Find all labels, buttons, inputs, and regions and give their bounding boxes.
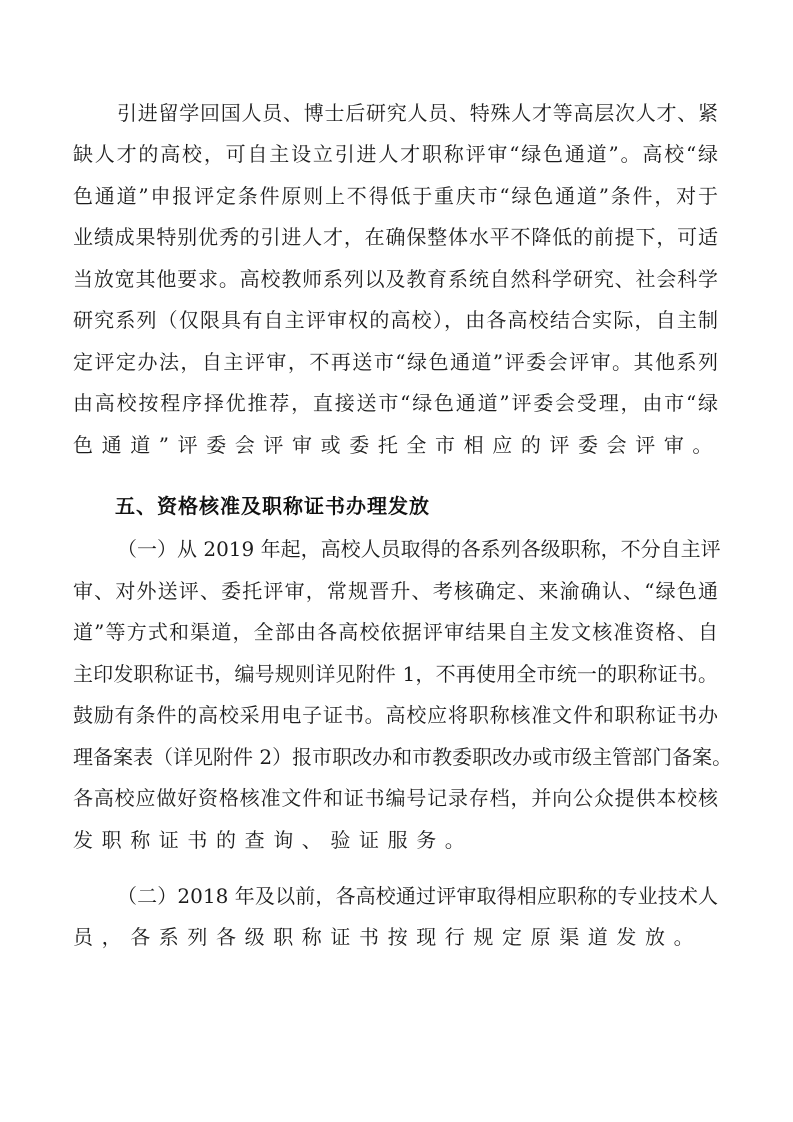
section-heading: 五、资格核准及职称证书办理发放: [115, 491, 430, 521]
text-line: 业绩成果特别优秀的引进人才，在确保整体水平不降低的前提下，可适: [73, 222, 718, 252]
text-line: （二）2018 年及以前，各高校通过评审取得相应职称的专业技术人: [117, 881, 718, 911]
text-line: 色通道”申报评定条件原则上不得低于重庆市“绿色通道”条件，对于: [73, 181, 718, 211]
text-line: 员，各系列各级职称证书按现行规定原渠道发放。: [73, 922, 718, 952]
text-line: 发职称证书的查询、验证服务。: [73, 825, 718, 855]
document-page: 引进留学回国人员、博士后研究人员、特殊人才等高层次人才、紧 缺人才的高校，可自主…: [0, 0, 793, 1122]
text-line: 主印发职称证书，编号规则详见附件 1，不再使用全市统一的职称证书。: [73, 659, 718, 689]
text-line: 缺人才的高校，可自主设立引进人才职称评审“绿色通道”。高校“绿: [73, 139, 718, 169]
text-line: 色通道”评委会评审或委托全市相应的评委会评审。: [73, 430, 718, 460]
text-line: （一）从 2019 年起，高校人员取得的各系列各级职称，不分自主评: [117, 534, 718, 564]
text-line: 当放宽其他要求。高校教师系列以及教育系统自然科学研究、社会科学: [73, 264, 718, 294]
text-line: 道”等方式和渠道，全部由各高校依据评审结果自主发文核准资格、自: [73, 617, 718, 647]
text-line: 审、对外送评、委托评审，常规晋升、考核确定、来渝确认、“绿色通: [73, 576, 718, 606]
text-line: 各高校应做好资格核准文件和证书编号记录存档，并向公众提供本校核: [73, 783, 718, 813]
text-line: 鼓励有条件的高校采用电子证书。高校应将职称核准文件和职称证书办: [73, 700, 718, 730]
text-line: 研究系列（仅限具有自主评审权的高校），由各高校结合实际，自主制: [73, 305, 718, 335]
text-line: 引进留学回国人员、博士后研究人员、特殊人才等高层次人才、紧: [117, 98, 718, 128]
text-line: 理备案表（详见附件 2）报市职改办和市教委职改办或市级主管部门备案。: [73, 742, 718, 772]
text-line: 定评定办法，自主评审，不再送市“绿色通道”评委会评审。其他系列: [73, 347, 718, 377]
text-line: 由高校按程序择优推荐，直接送市“绿色通道”评委会受理，由市“绿: [73, 388, 718, 418]
